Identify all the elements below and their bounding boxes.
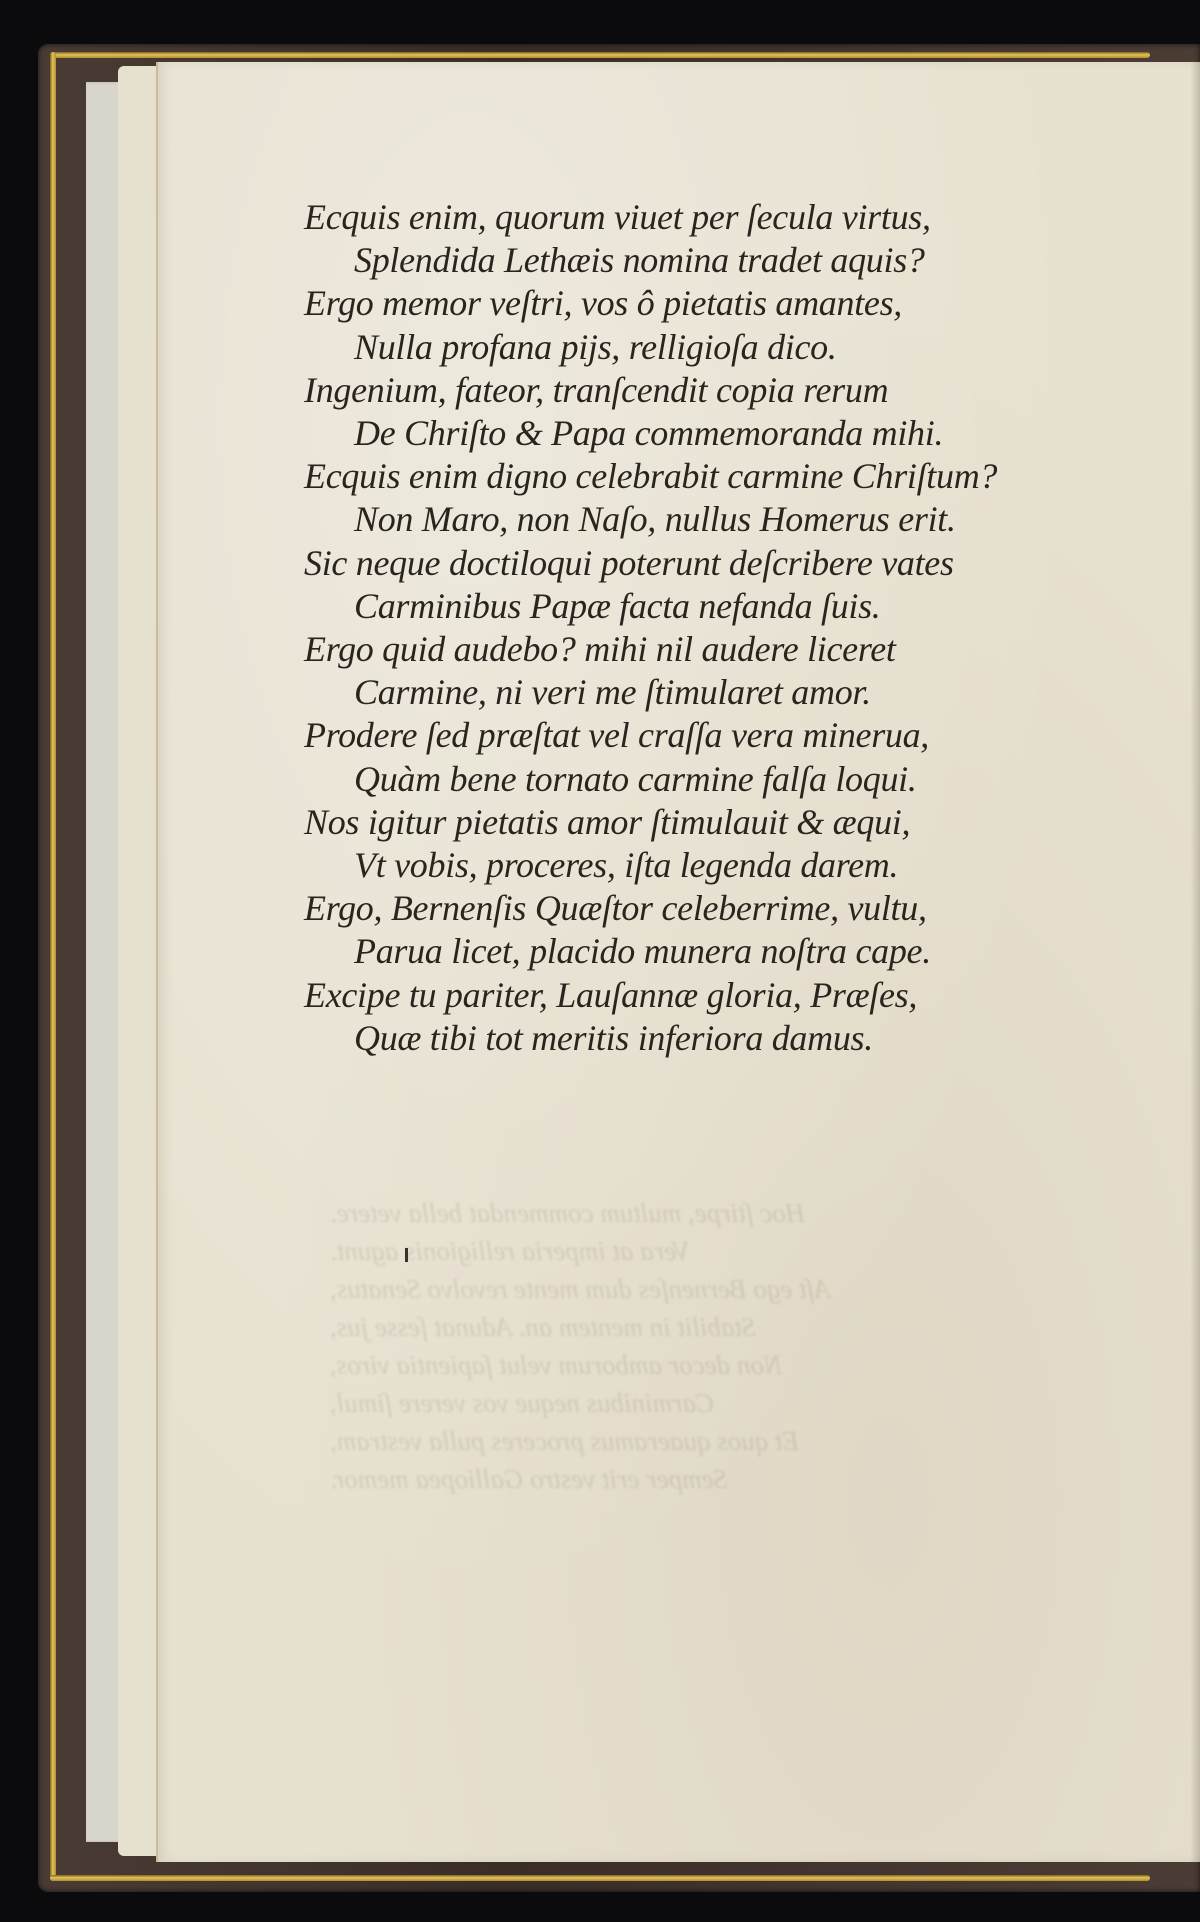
poem-line: Ingenium, fateor, tranſcendit copia reru… bbox=[304, 369, 1124, 412]
gilt-edge-top bbox=[50, 52, 1150, 58]
flyleaf bbox=[118, 66, 160, 1856]
poem-line: Carminibus Papæ facta nefanda ſuis. bbox=[304, 585, 1124, 628]
poem-line: Quàm bene tornato carmine falſa loqui. bbox=[304, 758, 1124, 801]
poem-line: Vt vobis, proceres, iſta legenda darem. bbox=[304, 844, 1124, 887]
page-edge-shadow bbox=[1190, 62, 1200, 1862]
poem-line: Ergo quid audebo? mihi nil audere licere… bbox=[304, 628, 1124, 671]
poem-line: Non Maro, non Naſo, nullus Homerus erit. bbox=[304, 498, 1124, 541]
poem-text: Ecquis enim, quorum viuet per ſecula vir… bbox=[304, 196, 1124, 1060]
poem-line: Ergo, Bernenſis Quæſtor celeberrime, vul… bbox=[304, 887, 1124, 930]
poem-line: De Chriſto & Papa commemoranda mihi. bbox=[304, 412, 1124, 455]
gilt-edge-bottom bbox=[50, 1875, 1150, 1881]
poem-line: Nos igitur pietatis amor ſtimulauit & æq… bbox=[304, 801, 1124, 844]
poem-line: Carmine, ni veri me ſtimularet amor. bbox=[304, 671, 1124, 714]
poem-line: Quæ tibi tot meritis inferiora damus. bbox=[304, 1017, 1124, 1060]
gilt-edge-left bbox=[50, 52, 56, 1881]
poem-line: Splendida Lethæis nomina tradet aquis? bbox=[304, 239, 1124, 282]
poem-line: Nulla profana pijs, relligioſa dico. bbox=[304, 326, 1124, 369]
poem-line: Excipe tu pariter, Lauſannæ gloria, Præſ… bbox=[304, 974, 1124, 1017]
poem-line: Ecquis enim digno celebrabit carmine Chr… bbox=[304, 455, 1124, 498]
poem-line: Ergo memor veſtri, vos ô pietatis amante… bbox=[304, 282, 1124, 325]
poem-line: Prodere ſed præſtat vel craſſa vera mine… bbox=[304, 714, 1124, 757]
poem-line: Parua licet, placido munera noſtra cape. bbox=[304, 930, 1124, 973]
poem-line: Ecquis enim, quorum viuet per ſecula vir… bbox=[304, 196, 1124, 239]
poem-line: Sic neque doctiloqui poterunt deſcribere… bbox=[304, 542, 1124, 585]
ink-mark bbox=[405, 1248, 408, 1262]
